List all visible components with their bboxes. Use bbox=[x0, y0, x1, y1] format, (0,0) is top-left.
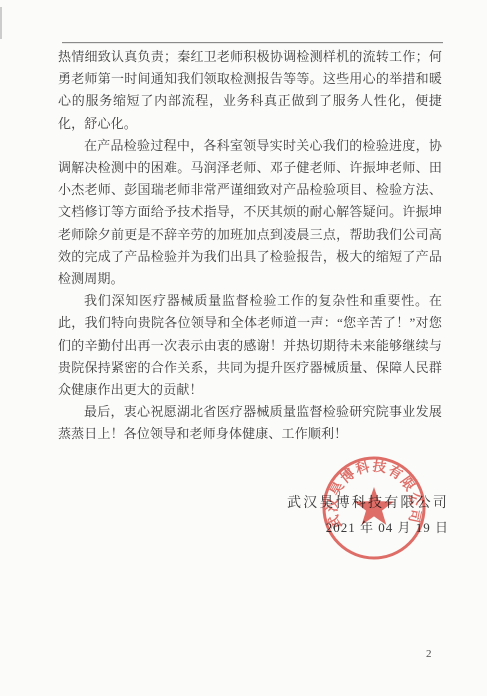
page-top-rule bbox=[62, 42, 443, 43]
page-number: 2 bbox=[426, 648, 432, 660]
paragraph-3: 我们深知医疗器械质量监督检验工作的复杂性和重要性。在此，我们特向贵院各位领导和全… bbox=[58, 290, 442, 401]
paragraph-2: 在产品检验过程中，各科室领导实时关心我们的检验进度，协调解决检测中的困难。马润泽… bbox=[58, 135, 442, 290]
company-seal-stamp: 武汉昊博科技有限公司 bbox=[321, 455, 427, 561]
paragraph-1: 热情细致认真负责；秦红卫老师积极协调检测样机的流转工作；何勇老师第一时间通知我们… bbox=[58, 46, 442, 135]
seal-star-icon bbox=[354, 487, 394, 525]
letter-body: 热情细致认真负责；秦红卫老师积极协调检测样机的流转工作；何勇老师第一时间通知我们… bbox=[58, 46, 442, 446]
paragraph-4: 最后，衷心祝愿湖北省医疗器械质量监督检验研究院事业发展蒸蒸日上！各位领导和老师身… bbox=[58, 401, 442, 445]
seal-graphic: 武汉昊博科技有限公司 bbox=[321, 455, 427, 561]
scan-edge-artifact bbox=[0, 7, 2, 39]
letter-page: 热情细致认真负责；秦红卫老师积极协调检测样机的流转工作；何勇老师第一时间通知我们… bbox=[0, 0, 487, 696]
